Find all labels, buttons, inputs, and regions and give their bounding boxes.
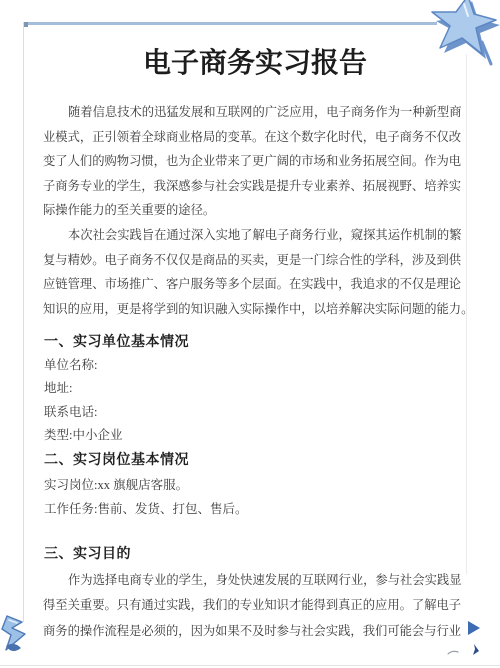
- section-heading-2: 二、实习岗位基本情况: [44, 449, 189, 469]
- section-3-paragraph: 作为选择电商专业的学生，身处快速发展的互联网行业，参与社会实践显 得至关重要。只…: [43, 568, 467, 644]
- arrow-ribbon-decoration-icon: [0, 610, 32, 658]
- field-internship-position: 实习岗位:xx 旗舰店客服。: [44, 474, 468, 498]
- section-1-fields: 单位名称: 地址: 联系电话: 类型:中小企业: [44, 354, 468, 448]
- report-title: 电子商务实习报告: [43, 46, 467, 82]
- paragraph-line: 随着信息技术的迅猛发展和互联网的广泛应用，电子商务作为一种新型商: [43, 100, 467, 125]
- field-phone: 联系电话:: [44, 401, 468, 424]
- intro-paragraph-2: 本次社会实践旨在通过深入实地了解电子商务行业，窥探其运作机制的繁 复与精妙。电子…: [43, 223, 467, 321]
- page-left-border: [23, 22, 24, 622]
- field-address: 地址:: [44, 377, 468, 400]
- paragraph-line: 变了人们的购物习惯，也为企业带来了更广阔的市场和业务拓展空间。作为电: [43, 149, 467, 174]
- field-unit-name: 单位名称:: [44, 354, 468, 377]
- paragraph-line: 商务的操作流程是必须的，因为如果不及时参与社会实践，我们可能会与行业: [43, 619, 467, 644]
- paragraph-line: 复与精妙。电子商务不仅仅是商品的买卖，更是一门综合性的学科，涉及到供: [43, 248, 467, 273]
- paragraph-line: 本次社会实践旨在通过深入实地了解电子商务行业，窥探其运作机制的繁: [43, 223, 467, 248]
- field-work-tasks: 工作任务:售前、发货、打包、售后。: [44, 498, 468, 522]
- section-heading-3: 三、实习目的: [44, 543, 131, 563]
- document-content: 电子商务实习报告 随着信息技术的迅猛发展和互联网的广泛应用，电子商务作为一种新型…: [43, 0, 467, 668]
- document-page: 电子商务实习报告 随着信息技术的迅猛发展和互联网的广泛应用，电子商务作为一种新型…: [0, 0, 500, 668]
- section-heading-1: 一、实习单位基本情况: [44, 331, 189, 351]
- section-2-fields: 实习岗位:xx 旗舰店客服。 工作任务:售前、发货、打包、售后。: [44, 474, 468, 521]
- paragraph-line: 知识的应用，更是将学到的知识融入实际操作中，以培养解决实际问题的能力。: [43, 297, 467, 322]
- paragraph-line: 业模式，正引领着全球商业格局的变革。在这个数字化时代，电子商务不仅改: [43, 125, 467, 150]
- paragraph-line: 作为选择电商专业的学生，身处快速发展的互联网行业，参与社会实践显: [43, 568, 467, 593]
- paragraph-line: 际操作能力的至关重要的途径。: [43, 198, 467, 223]
- paragraph-line: 子商务专业的学生，我深感参与社会实践是提升专业素养、拓展视野、培养实: [43, 174, 467, 199]
- paragraph-line: 应链管理、市场推广、客户服务等多个层面。在实践中，我追求的不仅是理论: [43, 272, 467, 297]
- paragraph-line: 得至关重要。只有通过实践，我们的专业知识才能得到真正的应用。了解电子: [43, 593, 467, 618]
- field-company-type: 类型:中小企业: [44, 424, 468, 447]
- intro-paragraph-1: 随着信息技术的迅猛发展和互联网的广泛应用，电子商务作为一种新型商 业模式，正引领…: [43, 100, 467, 223]
